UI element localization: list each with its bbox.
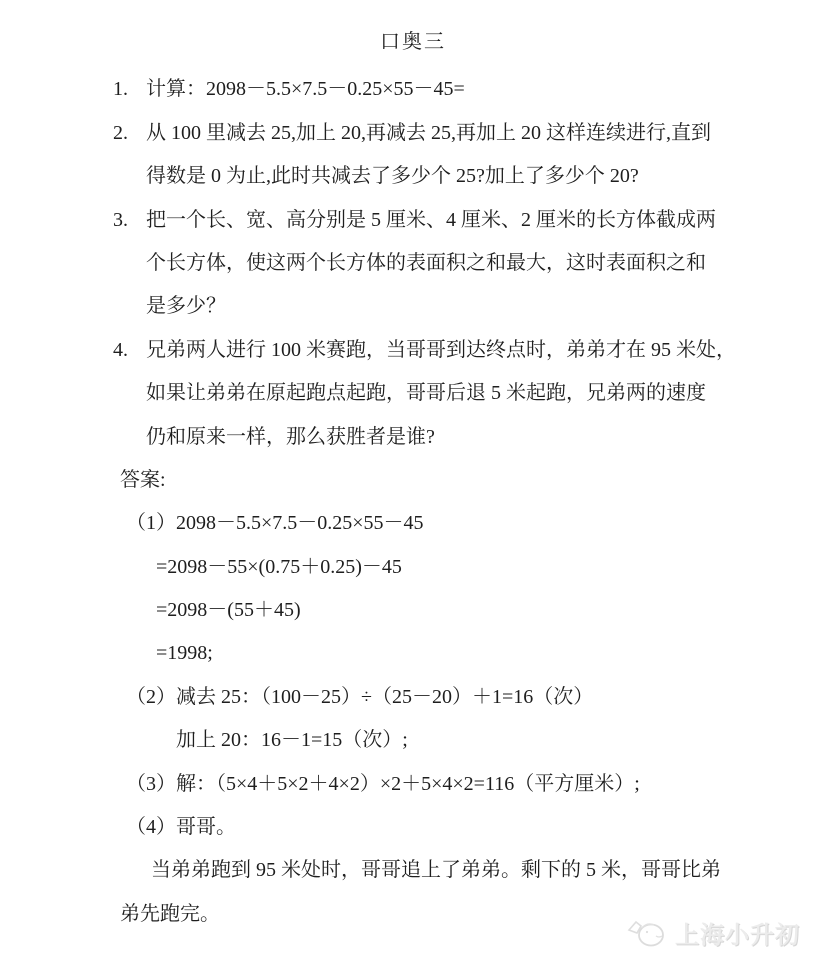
problem-3-text: 把一个长、宽、高分别是 5 厘米、4 厘米、2 厘米的长方体截成两 <box>146 209 716 231</box>
problem-2-line-1: 2.从 100 里减去 25,加上 20,再减去 25,再加上 20 这样连续进… <box>0 112 826 155</box>
answer-4-line-1: （4）哥哥。 <box>0 806 826 849</box>
answer-3-line-1: （3）解：（5×4＋5×2＋4×2）×2＋5×4×2=116（平方厘米）; <box>0 763 826 806</box>
worksheet-page: 口奥三 1.计算：2098－5.5×7.5－0.25×55－45= 2.从 10… <box>0 0 826 966</box>
answer-1-line-2: =2098－55×(0.75＋0.25)－45 <box>0 546 826 589</box>
problem-2-line-2: 得数是 0 为止,此时共减去了多少个 25?加上了多少个 20? <box>0 155 826 198</box>
problem-2-number: 2. <box>113 112 146 155</box>
problem-3-line-2: 个长方体，使这两个长方体的表面积之和最大，这时表面积之和 <box>0 242 826 285</box>
answer-1-line-4: =1998; <box>0 632 826 675</box>
answers-header: 答案: <box>0 459 826 502</box>
watermark: 上海小升初 <box>626 915 800 950</box>
problem-4-line-3: 仍和原来一样，那么获胜者是谁? <box>0 416 826 459</box>
problem-4-number: 4. <box>113 329 146 372</box>
worksheet-content: 口奥三 1.计算：2098－5.5×7.5－0.25×55－45= 2.从 10… <box>0 21 826 936</box>
problem-4-line-1: 4.兄弟两人进行 100 米赛跑，当哥哥到达终点时，弟弟才在 95 米处， <box>0 329 826 372</box>
answer-4-line-2: 当弟弟跑到 95 米处时，哥哥追上了弟弟。剩下的 5 米，哥哥比弟 <box>0 849 826 892</box>
watermark-label: 上海小升初 <box>675 915 800 950</box>
problem-1-number: 1. <box>113 68 146 111</box>
answer-2-line-2: 加上 20：16－1=15（次）; <box>0 719 826 762</box>
mascot-logo-icon <box>626 916 668 950</box>
problem-1-line-1: 1.计算：2098－5.5×7.5－0.25×55－45= <box>0 68 826 111</box>
problem-3-line-1: 3.把一个长、宽、高分别是 5 厘米、4 厘米、2 厘米的长方体截成两 <box>0 199 826 242</box>
page-title: 口奥三 <box>0 21 826 64</box>
problem-2-text: 从 100 里减去 25,加上 20,再减去 25,再加上 20 这样连续进行,… <box>146 122 711 144</box>
problem-3-line-3: 是多少？ <box>0 285 826 328</box>
answer-1-line-1: （1）2098－5.5×7.5－0.25×55－45 <box>0 502 826 545</box>
answer-2-line-1: （2）减去 25：（100－25）÷（25－20）＋1=16（次） <box>0 676 826 719</box>
problem-3-number: 3. <box>113 199 146 242</box>
problem-1-text: 计算：2098－5.5×7.5－0.25×55－45= <box>146 78 465 100</box>
problem-4-text: 兄弟两人进行 100 米赛跑，当哥哥到达终点时，弟弟才在 95 米处， <box>146 339 736 361</box>
problem-4-line-2: 如果让弟弟在原起跑点起跑，哥哥后退 5 米起跑，兄弟两的速度 <box>0 372 826 415</box>
answer-1-line-3: =2098－(55＋45) <box>0 589 826 632</box>
